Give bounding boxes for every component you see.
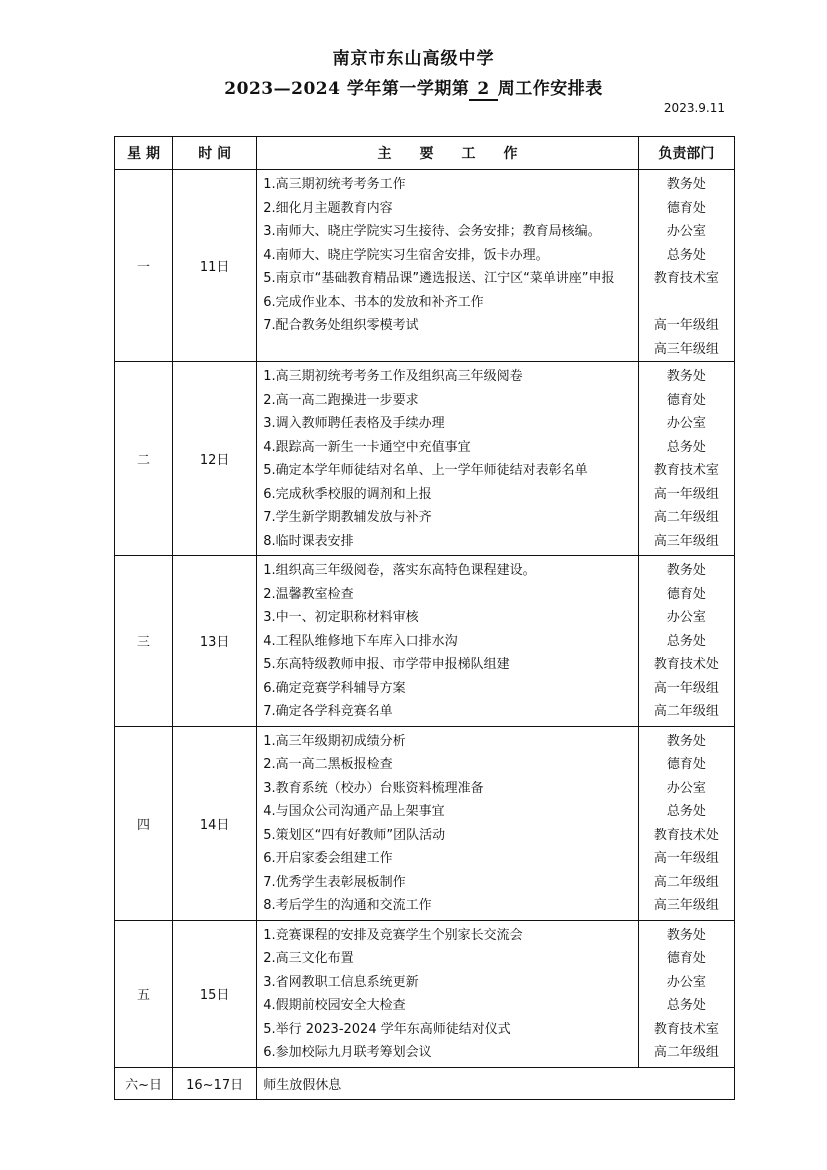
work-item: 5.东高特级教师申报、市学带申报梯队组建 (263, 653, 634, 677)
work-item: 4.假期前校园安全大检查 (263, 994, 634, 1018)
responsible-department: 高三年级组 (639, 338, 734, 362)
table-row: 一11日1.高三期初统考考务工作2.细化月主题教育内容3.南师大、晓庄学院实习生… (115, 170, 735, 362)
document-date: 2023.9.11 (664, 101, 725, 115)
responsible-department: 教务处 (639, 730, 734, 754)
responsible-department: 高二年级组 (639, 506, 734, 530)
weekday-cell: 三 (115, 556, 173, 727)
school-name: 南京市东山高级中学 (0, 44, 827, 69)
responsible-department: 办公室 (639, 220, 734, 244)
responsible-department: 总务处 (639, 244, 734, 268)
work-item: 2.温馨教室检查 (263, 583, 634, 607)
work-item: 5.确定本学年师徒结对名单、上一学年师徒结对表彰名单 (263, 459, 634, 483)
responsible-department: 教务处 (639, 365, 734, 389)
responsible-department: 总务处 (639, 630, 734, 654)
work-item: 8.临时课表安排 (263, 530, 634, 554)
responsible-department: 德育处 (639, 197, 734, 221)
schedule-title: 2023—2024 学年第一学期第2周工作安排表 (0, 74, 827, 101)
responsible-department: 教育技术室 (639, 1018, 734, 1042)
week-number: 2 (469, 80, 497, 101)
department-cell: 教务处德育处办公室总务处教育技术室高一年级组高二年级组高三年级组 (638, 362, 734, 556)
responsible-department: 教务处 (639, 924, 734, 948)
responsible-department: 德育处 (639, 947, 734, 971)
work-item: 5.南京市“基础教育精品课”遴选报送、江宁区“菜单讲座”申报 (263, 267, 634, 291)
date-cell: 13日 (173, 556, 257, 727)
work-item: 4.南师大、晓庄学院实习生宿舍安排，饭卡办理。 (263, 244, 634, 268)
work-item: 3.中一、初定职称材料审核 (263, 606, 634, 630)
responsible-department: 办公室 (639, 777, 734, 801)
table-header-row: 星 期 时 间 主 要 工 作 负责部门 (115, 137, 735, 170)
column-header-date: 时 间 (173, 137, 257, 170)
column-header-department: 负责部门 (638, 137, 734, 170)
work-item: 6.完成作业本、书本的发放和补齐工作 (263, 291, 634, 315)
weekday-cell: 四 (115, 726, 173, 920)
weekend-note: 师生放假休息 (257, 1067, 735, 1099)
responsible-department: 总务处 (639, 994, 734, 1018)
work-items-cell: 1.高三期初统考考务工作2.细化月主题教育内容3.南师大、晓庄学院实习生接待、会… (257, 170, 639, 362)
responsible-department: 教育技术室 (639, 459, 734, 483)
date-cell: 15日 (173, 920, 257, 1067)
responsible-department: 教务处 (639, 173, 734, 197)
responsible-department: 教育技术处 (639, 824, 734, 848)
work-item: 3.南师大、晓庄学院实习生接待、会务安排；教育局核编。 (263, 220, 634, 244)
responsible-department: 高三年级组 (639, 894, 734, 918)
work-items-cell: 1.组织高三年级阅卷，落实东高特色课程建设。2.温馨教室检查3.中一、初定职称材… (257, 556, 639, 727)
responsible-department: 高一年级组 (639, 847, 734, 871)
responsible-department: 总务处 (639, 436, 734, 460)
weekday-cell: 一 (115, 170, 173, 362)
responsible-department: 高二年级组 (639, 1041, 734, 1065)
work-item: 6.开启家委会组建工作 (263, 847, 634, 871)
weekend-row: 六~日16~17日师生放假休息 (115, 1067, 735, 1099)
table-row: 二12日1.高三期初统考考务工作及组织高三年级阅卷2.高一高二跑操进一步要求3.… (115, 362, 735, 556)
responsible-department: 德育处 (639, 753, 734, 777)
column-header-weekday: 星 期 (115, 137, 173, 170)
responsible-department: 办公室 (639, 606, 734, 630)
work-item: 3.调入教师聘任表格及手续办理 (263, 412, 634, 436)
date-cell: 12日 (173, 362, 257, 556)
work-item: 4.与国众公司沟通产品上架事宜 (263, 800, 634, 824)
table-row: 四14日1.高三年级期初成绩分析2.高一高二黑板报检查3.教育系统（校办）台账资… (115, 726, 735, 920)
table-row: 五15日1.竞赛课程的安排及竞赛学生个别家长交流会2.高三文化布置3.省网教职工… (115, 920, 735, 1067)
work-item: 2.高一高二跑操进一步要求 (263, 389, 634, 413)
responsible-department: 教育技术处 (639, 653, 734, 677)
date-cell: 16~17日 (173, 1067, 257, 1099)
responsible-department: 高一年级组 (639, 677, 734, 701)
weekday-cell: 五 (115, 920, 173, 1067)
work-item: 3.教育系统（校办）台账资料梳理准备 (263, 777, 634, 801)
work-item: 7.学生新学期教辅发放与补齐 (263, 506, 634, 530)
column-header-main-work: 主 要 工 作 (257, 137, 639, 170)
work-item: 6.参加校际九月联考筹划会议 (263, 1041, 634, 1065)
title-prefix: 2023—2024 学年第一学期第 (224, 79, 469, 99)
work-item: 1.高三期初统考考务工作 (263, 173, 634, 197)
responsible-department: 教育技术室 (639, 267, 734, 291)
work-item: 1.组织高三年级阅卷，落实东高特色课程建设。 (263, 559, 634, 583)
date-cell: 11日 (173, 170, 257, 362)
table-row: 三13日1.组织高三年级阅卷，落实东高特色课程建设。2.温馨教室检查3.中一、初… (115, 556, 735, 727)
work-item: 4.工程队维修地下车库入口排水沟 (263, 630, 634, 654)
work-item: 2.细化月主题教育内容 (263, 197, 634, 221)
work-item: 3.省网教职工信息系统更新 (263, 971, 634, 995)
work-item: 2.高一高二黑板报检查 (263, 753, 634, 777)
work-items-cell: 1.竞赛课程的安排及竞赛学生个别家长交流会2.高三文化布置3.省网教职工信息系统… (257, 920, 639, 1067)
work-item: 5.策划区“四有好教师”团队活动 (263, 824, 634, 848)
work-items-cell: 1.高三期初统考考务工作及组织高三年级阅卷2.高一高二跑操进一步要求3.调入教师… (257, 362, 639, 556)
department-cell: 教务处德育处办公室总务处教育技术室高一年级组高三年级组 (638, 170, 734, 362)
title-suffix: 周工作安排表 (498, 79, 603, 99)
work-items-cell: 1.高三年级期初成绩分析2.高一高二黑板报检查3.教育系统（校办）台账资料梳理准… (257, 726, 639, 920)
responsible-department: 高一年级组 (639, 483, 734, 507)
department-cell: 教务处德育处办公室总务处教育技术室高二年级组 (638, 920, 734, 1067)
work-item: 6.完成秋季校服的调剂和上报 (263, 483, 634, 507)
work-item: 7.配合教务处组织零模考试 (263, 314, 634, 338)
work-item: 1.高三年级期初成绩分析 (263, 730, 634, 754)
responsible-department: 教务处 (639, 559, 734, 583)
work-item: 1.竞赛课程的安排及竞赛学生个别家长交流会 (263, 924, 634, 948)
responsible-department: 德育处 (639, 583, 734, 607)
department-cell: 教务处德育处办公室总务处教育技术处高一年级组高二年级组 (638, 556, 734, 727)
responsible-department: 总务处 (639, 800, 734, 824)
work-item: 6.确定竞赛学科辅导方案 (263, 677, 634, 701)
responsible-department: 办公室 (639, 412, 734, 436)
responsible-department: 德育处 (639, 389, 734, 413)
weekday-cell: 六~日 (115, 1067, 173, 1099)
work-item: 7.优秀学生表彰展板制作 (263, 871, 634, 895)
responsible-department: 高二年级组 (639, 871, 734, 895)
work-item: 5.举行 2023-2024 学年东高师徒结对仪式 (263, 1018, 634, 1042)
work-item: 4.跟踪高一新生一卡通空中充值事宜 (263, 436, 634, 460)
responsible-department: 高三年级组 (639, 530, 734, 554)
work-item: 1.高三期初统考考务工作及组织高三年级阅卷 (263, 365, 634, 389)
work-item: 7.确定各学科竞赛名单 (263, 700, 634, 724)
work-item: 8.考后学生的沟通和交流工作 (263, 894, 634, 918)
date-cell: 14日 (173, 726, 257, 920)
responsible-department: 办公室 (639, 971, 734, 995)
weekly-schedule-table: 星 期 时 间 主 要 工 作 负责部门 一11日1.高三期初统考考务工作2.细… (114, 136, 735, 1100)
responsible-department: 高一年级组 (639, 314, 734, 338)
spacer (639, 291, 734, 315)
work-item: 2.高三文化布置 (263, 947, 634, 971)
department-cell: 教务处德育处办公室总务处教育技术处高一年级组高二年级组高三年级组 (638, 726, 734, 920)
responsible-department: 高二年级组 (639, 700, 734, 724)
weekday-cell: 二 (115, 362, 173, 556)
